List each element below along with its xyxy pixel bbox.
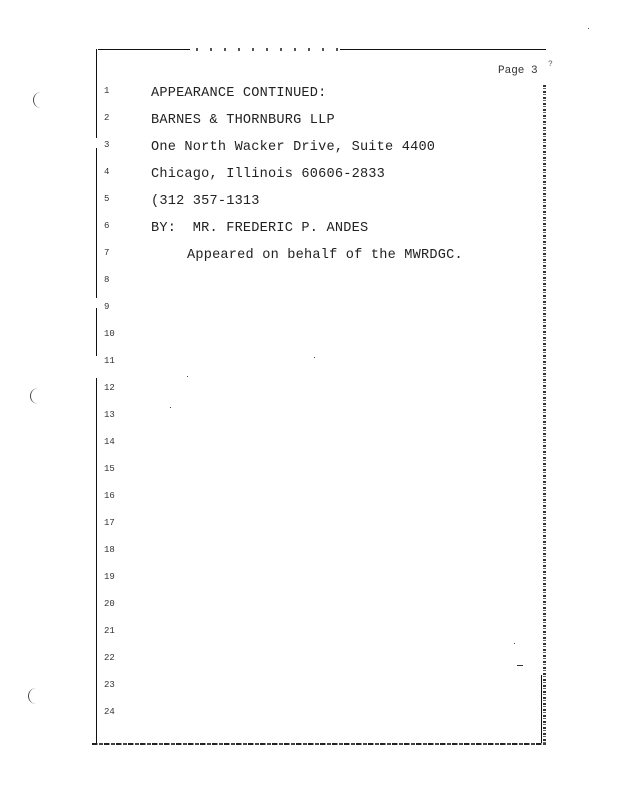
line-number: 5 xyxy=(104,194,122,204)
transcript-line: BY: MR. FREDERIC P. ANDES xyxy=(151,221,368,236)
line-number: 16 xyxy=(104,491,122,501)
scan-speck xyxy=(588,28,589,29)
frame-gap xyxy=(94,138,98,148)
transcript-line: Chicago, Illinois 60606-2833 xyxy=(151,167,385,182)
line-number: 23 xyxy=(104,680,122,690)
line-number: 20 xyxy=(104,599,122,609)
frame-gap xyxy=(94,298,98,308)
line-number: 8 xyxy=(104,275,122,285)
page-frame-bottom xyxy=(92,743,546,745)
scan-speck xyxy=(514,643,515,644)
line-number: 17 xyxy=(104,518,122,528)
line-number: 19 xyxy=(104,572,122,582)
scan-speck xyxy=(517,665,523,666)
punch-hole-mark xyxy=(33,92,42,108)
corner-mark: ? xyxy=(548,60,553,69)
frame-gap xyxy=(94,356,98,378)
line-number: 4 xyxy=(104,167,122,177)
page-frame-right-inner xyxy=(541,675,542,743)
page-frame-top-noise xyxy=(190,48,340,51)
line-number: 12 xyxy=(104,383,122,393)
line-number: 7 xyxy=(104,248,122,258)
line-number: 6 xyxy=(104,221,122,231)
line-number: 9 xyxy=(104,302,122,312)
line-number: 3 xyxy=(104,140,122,150)
transcript-line: APPEARANCE CONTINUED: xyxy=(151,86,327,101)
line-number: 13 xyxy=(104,410,122,420)
line-number: 11 xyxy=(104,356,122,366)
page-number: Page 3 xyxy=(498,65,538,77)
line-number: 22 xyxy=(104,653,122,663)
line-number: 14 xyxy=(104,437,122,447)
scan-speck xyxy=(187,376,188,377)
page-frame-right xyxy=(543,85,546,745)
transcript-line: Appeared on behalf of the MWRDGC. xyxy=(187,248,463,263)
line-number: 10 xyxy=(104,329,122,339)
punch-hole-mark xyxy=(30,388,39,404)
punch-hole-mark xyxy=(28,688,37,704)
line-number: 24 xyxy=(104,707,122,717)
transcript-line: One North Wacker Drive, Suite 4400 xyxy=(151,140,435,155)
line-number: 18 xyxy=(104,545,122,555)
line-number: 15 xyxy=(104,464,122,474)
page-frame-left xyxy=(96,49,97,744)
transcript-page: Page 3 ? 1 2 3 4 5 6 7 8 9 10 11 12 13 1… xyxy=(0,0,618,800)
line-number: 2 xyxy=(104,113,122,123)
scan-speck xyxy=(314,357,315,358)
transcript-line: BARNES & THORNBURG LLP xyxy=(151,113,335,128)
line-number: 1 xyxy=(104,86,122,96)
transcript-line: (312 357-1313 xyxy=(151,194,260,209)
line-number: 21 xyxy=(104,626,122,636)
scan-speck xyxy=(170,407,171,408)
